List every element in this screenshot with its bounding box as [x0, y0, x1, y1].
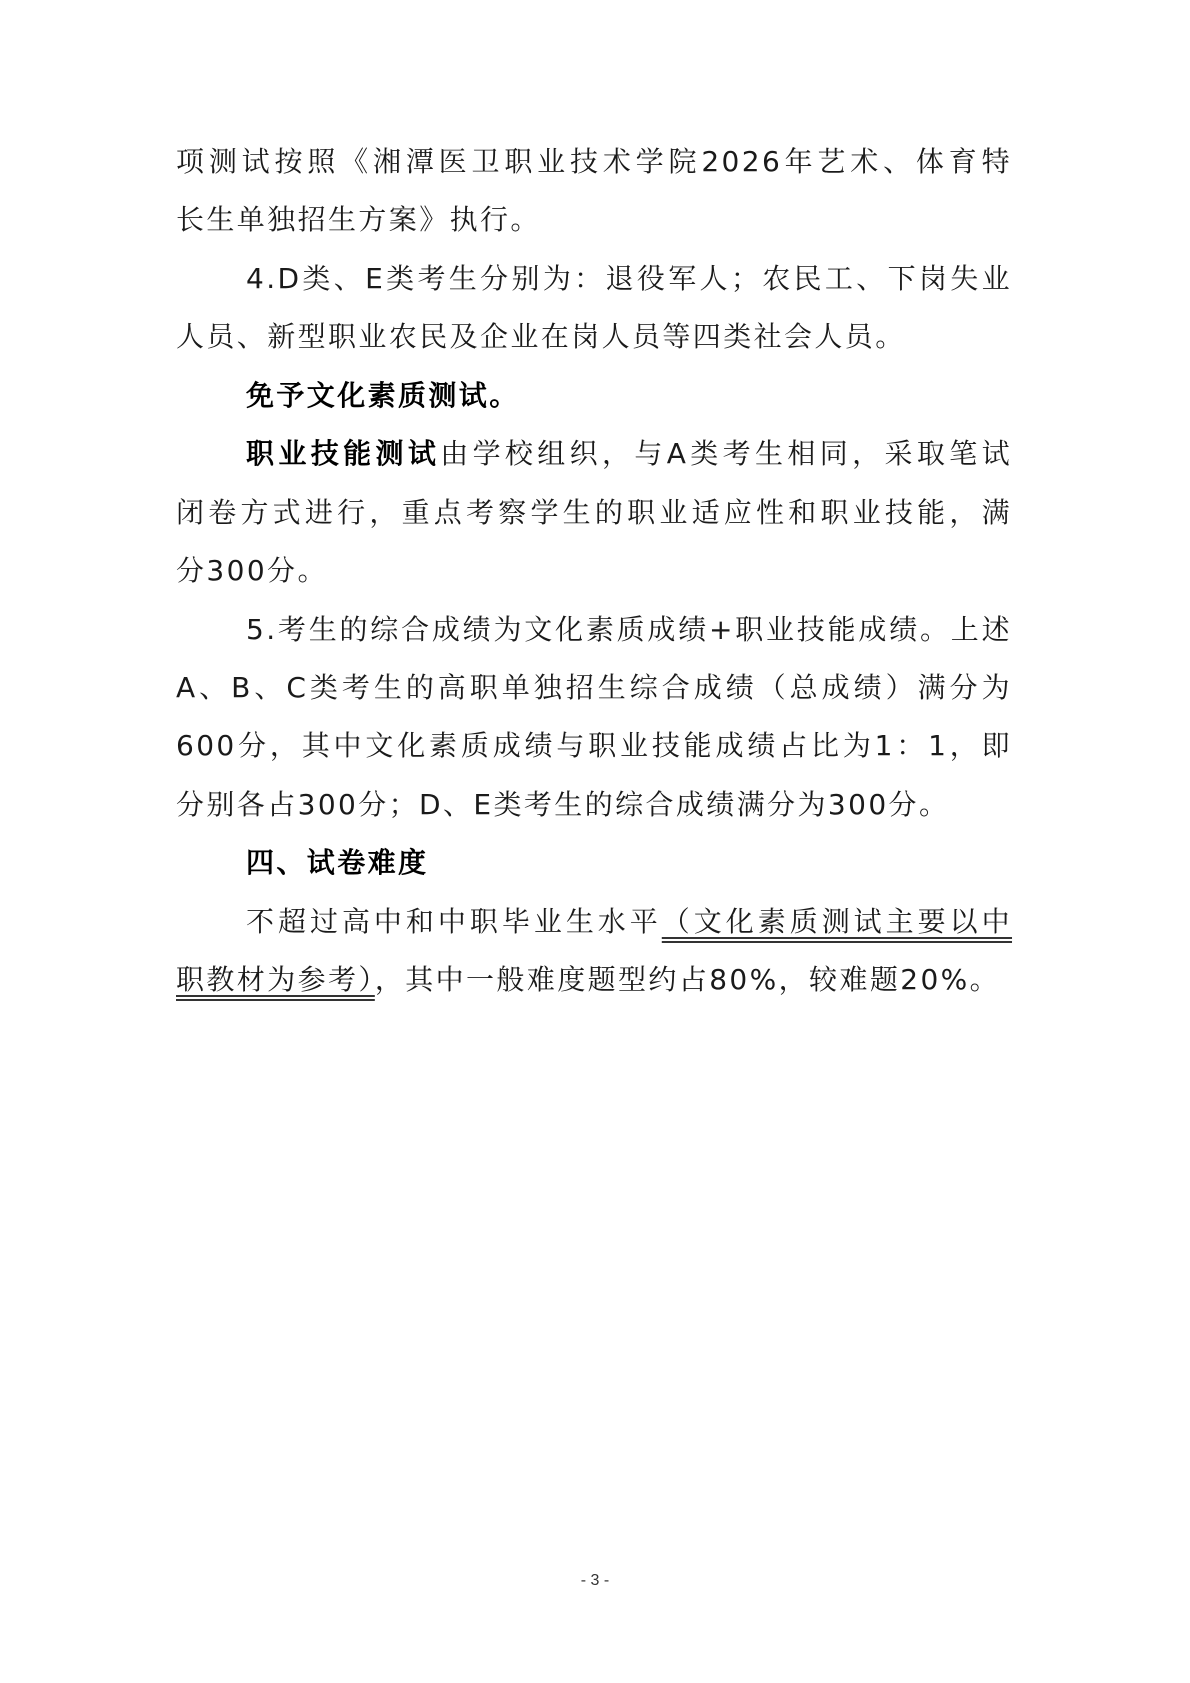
text-span: A、B、C类考生的高职单独招生综合成绩（总成绩）满分为: [176, 671, 1012, 704]
document-page: 项测试按照《湘潭医卫职业技术学院2026年艺术、体育特 长生单独招生方案》执行。…: [0, 0, 1190, 1683]
paragraph-item-5: 5.考生的综合成绩为文化素质成绩+职业技能成绩。上述: [246, 612, 1012, 648]
text-span: 分300分。: [176, 554, 328, 587]
paragraph-line: 人员、新型职业农民及企业在岗人员等四类社会人员。: [176, 319, 1012, 355]
underlined-note: 职教材为参考）: [176, 963, 375, 996]
text-span: 5.考生的综合成绩为文化素质成绩+职业技能成绩。上述: [246, 613, 1012, 646]
paragraph-line: A、B、C类考生的高职单独招生综合成绩（总成绩）满分为: [176, 670, 1012, 706]
paragraph-line: 项测试按照《湘潭医卫职业技术学院2026年艺术、体育特: [176, 144, 1012, 180]
text-span: 分别各占300分；D、E类考生的综合成绩满分为300分。: [176, 788, 949, 821]
text-span: 4.D类、E类考生分别为：退役军人；农民工、下岗失业: [246, 262, 1012, 295]
paragraph-line: 长生单独招生方案》执行。: [176, 202, 1012, 238]
text-span: 项测试按照《湘潭医卫职业技术学院2026年艺术、体育特: [176, 145, 1012, 178]
text-span: 由学校组织，与A类考生相同，采取笔试: [440, 437, 1012, 470]
paragraph-line: 闭卷方式进行，重点考察学生的职业适应性和职业技能，满: [176, 495, 1012, 531]
paragraph-item-4: 4.D类、E类考生分别为：退役军人；农民工、下岗失业: [246, 261, 1012, 297]
paragraph-line: 职教材为参考），其中一般难度题型约占80%，较难题20%。: [176, 962, 1012, 998]
exemption-note: 免予文化素质测试。: [246, 378, 1012, 414]
difficulty-paragraph: 不超过高中和中职毕业生水平（文化素质测试主要以中: [246, 904, 1012, 940]
text-span: 长生单独招生方案》执行。: [176, 203, 541, 236]
skill-test-paragraph: 职业技能测试由学校组织，与A类考生相同，采取笔试: [246, 436, 1012, 472]
page-number: - 3 -: [0, 1572, 1190, 1590]
heading-text: 四、试卷难度: [246, 846, 428, 879]
text-span: 不超过高中和中职毕业生水平: [246, 905, 662, 938]
text-span: ，其中一般难度题型约占80%，较难题20%。: [375, 963, 1000, 996]
paragraph-line: 分别各占300分；D、E类考生的综合成绩满分为300分。: [176, 787, 1012, 823]
text-span: 人员、新型职业农民及企业在岗人员等四类社会人员。: [176, 320, 906, 353]
text-span: 免予文化素质测试。: [246, 379, 520, 412]
bold-term: 职业技能测试: [246, 437, 440, 470]
underlined-note: （文化素质测试主要以中: [662, 905, 1012, 938]
section-heading: 四、试卷难度: [246, 845, 1012, 881]
paragraph-line: 分300分。: [176, 553, 1012, 589]
text-span: 闭卷方式进行，重点考察学生的职业适应性和职业技能，满: [176, 496, 1012, 529]
text-span: 600分，其中文化素质成绩与职业技能成绩占比为1：1，即: [176, 729, 1012, 762]
paragraph-line: 600分，其中文化素质成绩与职业技能成绩占比为1：1，即: [176, 728, 1012, 764]
